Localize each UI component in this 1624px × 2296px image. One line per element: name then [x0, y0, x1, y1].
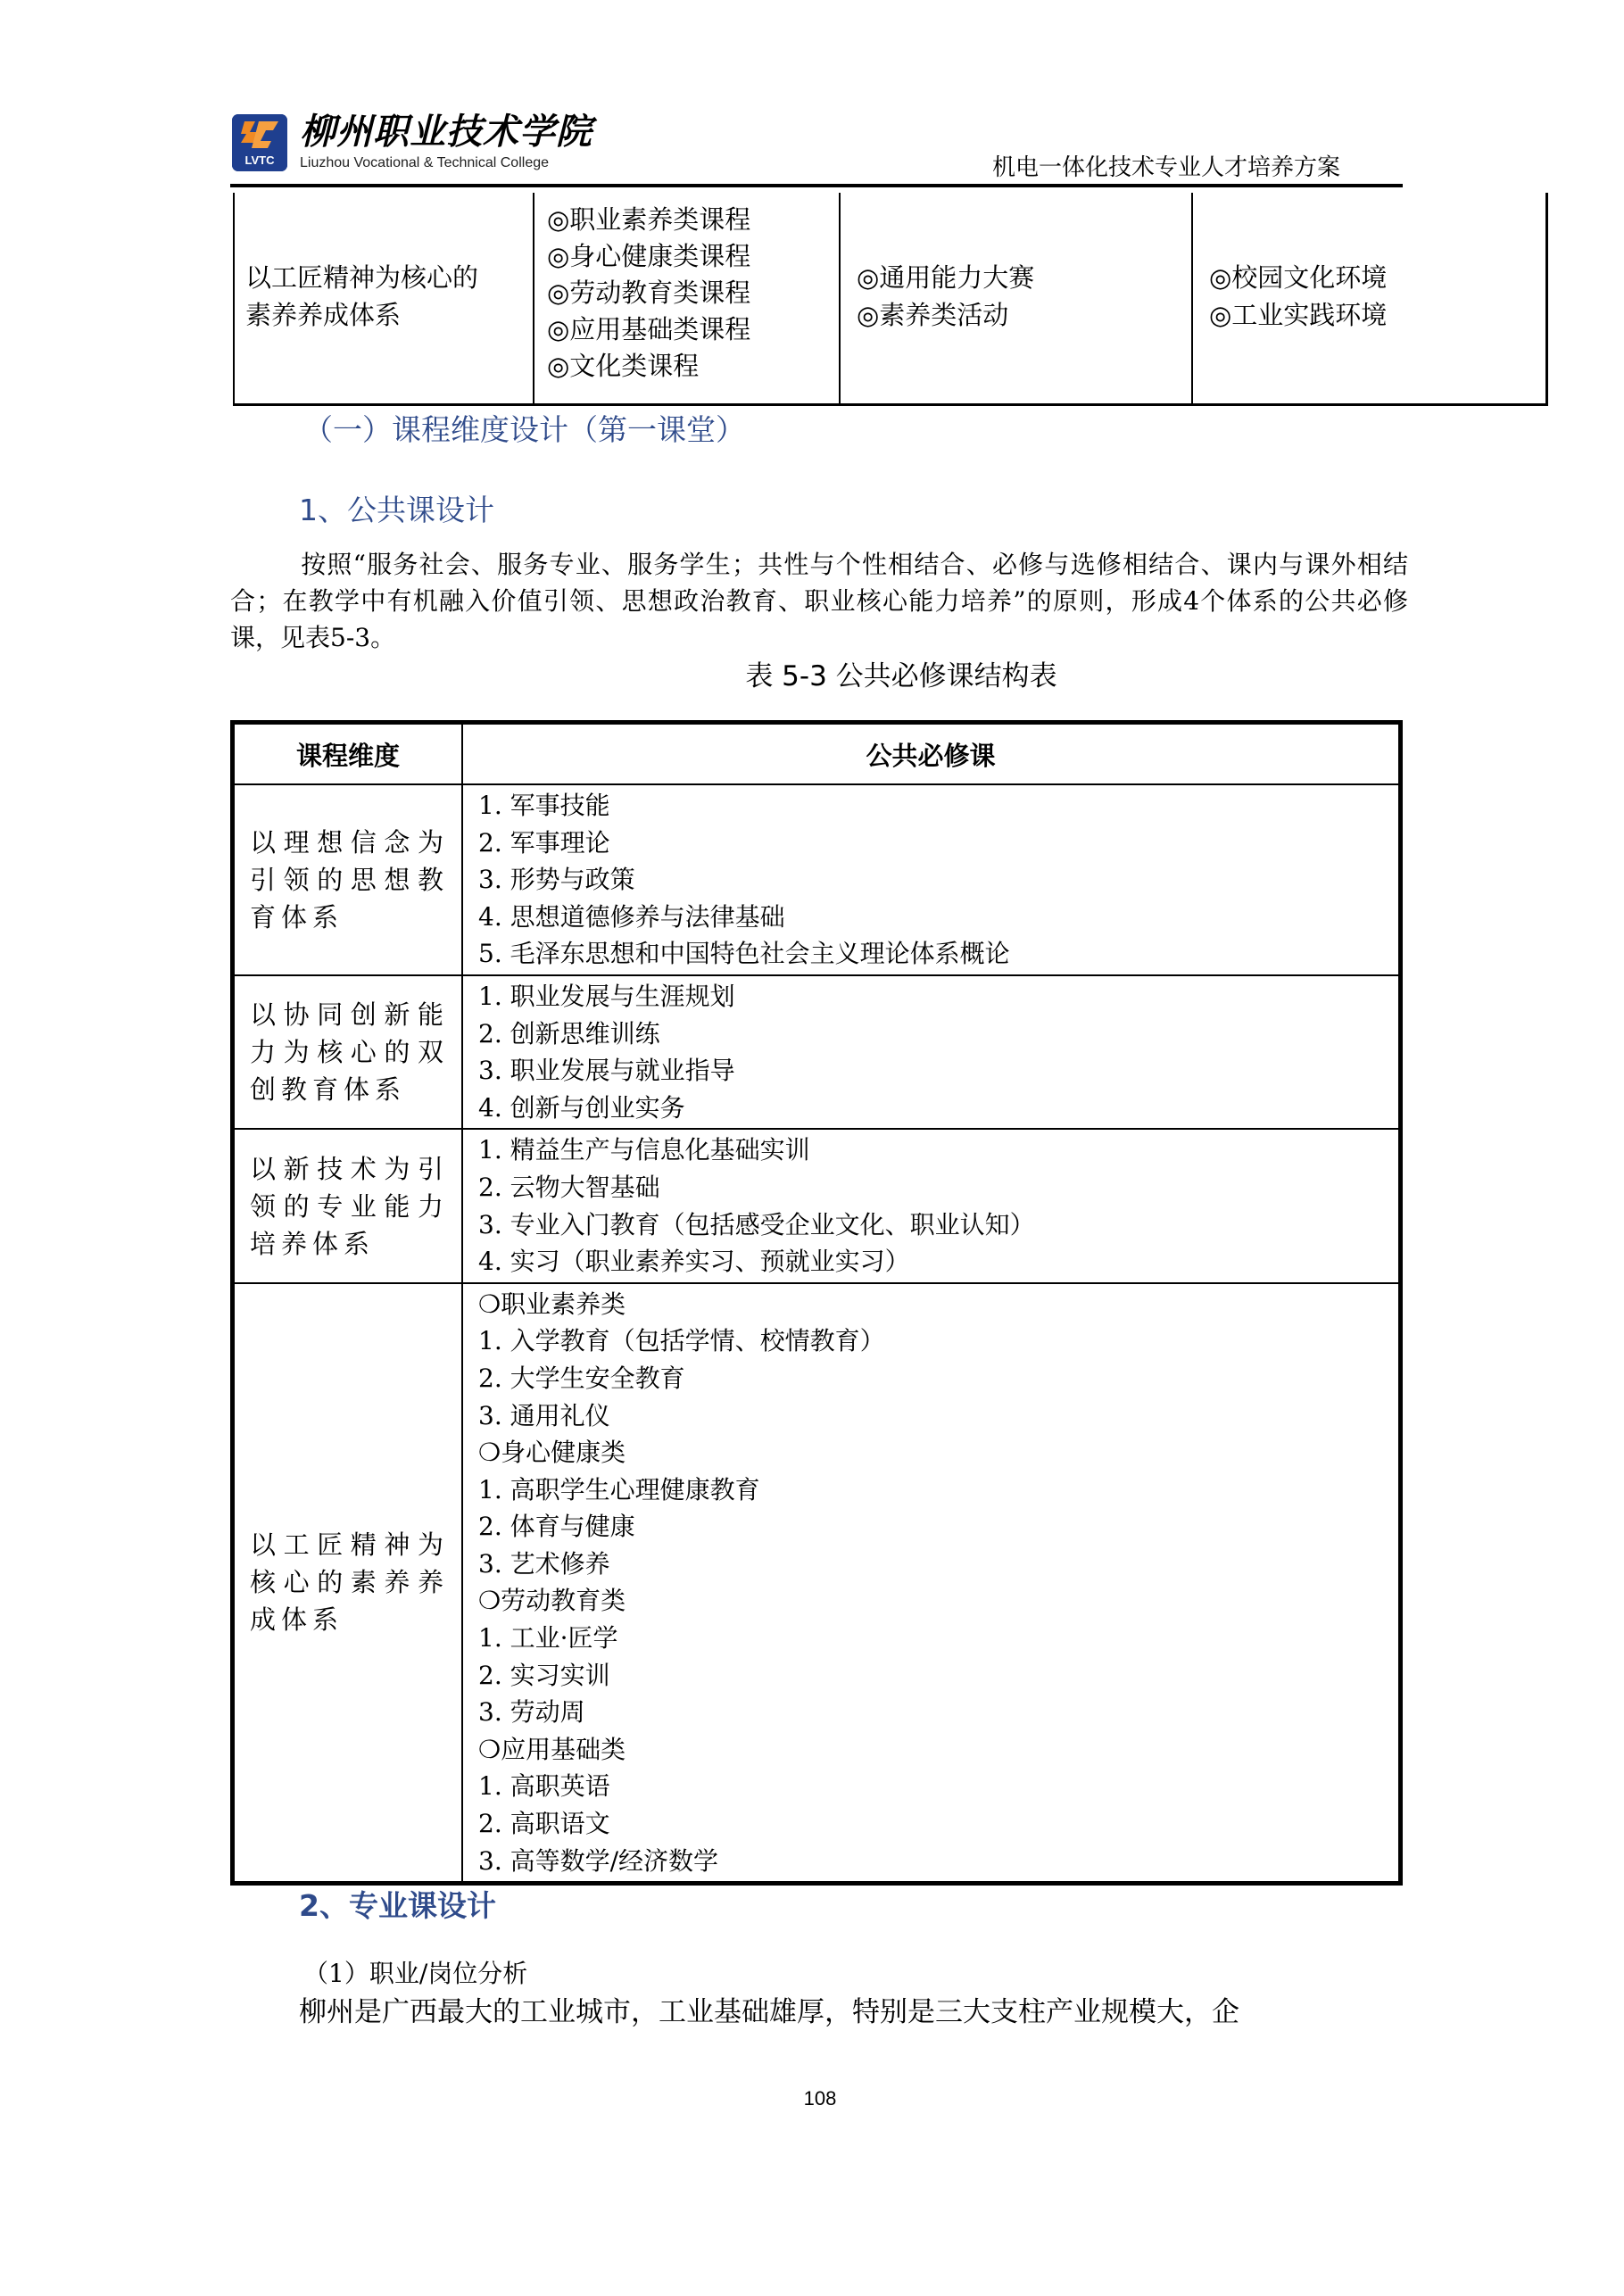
- course-item: 3. 高等数学/经济数学: [478, 1843, 1386, 1880]
- cell-line: ◎文化类课程: [547, 348, 750, 385]
- cell-line: 素养养成体系: [245, 296, 478, 334]
- header-rule: [230, 184, 1403, 187]
- page-number-text: 108: [804, 2085, 837, 2112]
- dimension-cell: 以理想信念为引领的思想教育体系: [234, 784, 462, 975]
- cell-line: ◎校园文化环境: [1209, 259, 1387, 296]
- required-courses-table: 课程维度 公共必修课 以理想信念为引领的思想教育体系 1. 军事技能 2. 军事…: [230, 720, 1403, 1886]
- course-item: 2. 大学生安全教育: [478, 1360, 1386, 1397]
- column-header: 课程维度: [234, 724, 462, 784]
- course-item: 4. 实习（职业素养实习、预就业实习）: [478, 1243, 1386, 1281]
- cell-line: ◎职业素养类课程: [547, 202, 750, 238]
- cell-line: ◎应用基础类课程: [547, 311, 750, 348]
- course-item: 1. 精益生产与信息化基础实训: [478, 1131, 1386, 1169]
- course-item: 2. 创新思维训练: [478, 1015, 1386, 1053]
- intro-paragraph: 按照“服务社会、服务专业、服务学生；共性与个性相结合、必修与选修相结合、课内与课…: [230, 546, 1408, 656]
- lvtc-logo-icon: LVTC: [232, 114, 287, 171]
- course-category: ❍劳动教育类: [478, 1582, 1386, 1620]
- course-item: 5. 毛泽东思想和中国特色社会主义理论体系概论: [478, 935, 1386, 973]
- course-item: 2. 云物大智基础: [478, 1169, 1386, 1206]
- cell-line: ◎劳动教育类课程: [547, 275, 750, 311]
- dimension-cell: 以协同创新能力为核心的双创教育体系: [234, 975, 462, 1129]
- courses-cell: 1. 职业发展与生涯规划 2. 创新思维训练 3. 职业发展与就业指导 4. 创…: [462, 975, 1399, 1129]
- page-number: 108: [0, 2085, 1624, 2112]
- courses-cell: 1. 精益生产与信息化基础实训 2. 云物大智基础 3. 专业入门教育（包括感受…: [462, 1129, 1399, 1282]
- table-row: 以新技术为引领的专业能力培养体系 1. 精益生产与信息化基础实训 2. 云物大智…: [234, 1129, 1399, 1282]
- section-heading: （一）课程维度设计（第一课堂）: [303, 409, 745, 452]
- college-logo: LVTC: [232, 114, 287, 171]
- course-item: 3. 艺术修养: [478, 1546, 1386, 1583]
- course-item: 4. 思想道德修养与法律基础: [478, 899, 1386, 936]
- svg-text:LVTC: LVTC: [245, 153, 276, 167]
- course-item: 2. 高职语文: [478, 1805, 1386, 1843]
- dimension-cell: 以工匠精神为核心的素养养成体系: [234, 1283, 462, 1883]
- column-divider: [839, 193, 841, 403]
- course-category: ❍职业素养类: [478, 1286, 1386, 1323]
- cell-line: ◎身心健康类课程: [547, 238, 750, 275]
- table-row: 以协同创新能力为核心的双创教育体系 1. 职业发展与生涯规划 2. 创新思维训练…: [234, 975, 1399, 1129]
- course-item: 3. 形势与政策: [478, 861, 1386, 899]
- course-item: 1. 职业发展与生涯规划: [478, 978, 1386, 1015]
- column-divider: [1191, 193, 1193, 403]
- environment-cell: ◎校园文化环境 ◎工业实践环境: [1209, 259, 1387, 334]
- course-item: 1. 入学教育（包括学情、校情教育）: [478, 1322, 1386, 1360]
- course-item: 2. 军事理论: [478, 825, 1386, 862]
- dimension-cell: 以新技术为引领的专业能力培养体系: [234, 1129, 462, 1282]
- table-row: 以工匠精神为核心的素养养成体系 ❍职业素养类 1. 入学教育（包括学情、校情教育…: [234, 1283, 1399, 1883]
- section2-paragraph: 柳州是广西最大的工业城市，工业基础雄厚，特别是三大支柱产业规模大，企: [299, 1993, 1239, 2032]
- course-item: 1. 高职英语: [478, 1768, 1386, 1805]
- college-name-cn: 柳州职业技术学院: [300, 112, 592, 152]
- course-item: 2. 体育与健康: [478, 1508, 1386, 1546]
- course-item: 4. 创新与创业实务: [478, 1090, 1386, 1127]
- paragraph-text: 按照“服务社会、服务专业、服务学生；共性与个性相结合、必修与选修相结合、课内与课…: [230, 550, 1408, 652]
- section2-subheading: （1）职业/岗位分析: [303, 1956, 527, 1992]
- course-item: 3. 通用礼仪: [478, 1397, 1386, 1435]
- column-header: 公共必修课: [462, 724, 1399, 784]
- table-header-row: 课程维度 公共必修课: [234, 724, 1399, 784]
- course-category: ❍应用基础类: [478, 1731, 1386, 1769]
- cell-line: ◎工业实践环境: [1209, 296, 1387, 334]
- course-item: 3. 职业发展与就业指导: [478, 1052, 1386, 1090]
- dimension-cell: 以工匠精神为核心的 素养养成体系: [245, 259, 478, 334]
- table-caption: 表 5-3 公共必修课结构表: [0, 657, 1624, 696]
- course-item: 3. 劳动周: [478, 1694, 1386, 1731]
- college-name-en: Liuzhou Vocational & Technical College: [300, 155, 549, 171]
- course-item: 2. 实习实训: [478, 1657, 1386, 1695]
- document-title: 机电一体化技术专业人才培养方案: [992, 153, 1340, 182]
- course-item: 3. 专业入门教育（包括感受企业文化、职业认知）: [478, 1206, 1386, 1244]
- section2-heading: 2、专业课设计: [299, 1885, 496, 1927]
- cell-line: ◎通用能力大赛: [857, 259, 1034, 296]
- course-item: 1. 工业·匠学: [478, 1620, 1386, 1657]
- cell-line: 以工匠精神为核心的: [245, 259, 478, 296]
- course-item: 1. 高职学生心理健康教育: [478, 1471, 1386, 1509]
- course-item: 1. 军事技能: [478, 787, 1386, 825]
- continued-table: 以工匠精神为核心的 素养养成体系 ◎职业素养类课程 ◎身心健康类课程 ◎劳动教育…: [233, 193, 1548, 406]
- caption-text: 表 5-3 公共必修课结构表: [745, 657, 1056, 696]
- courses-cell: ◎职业素养类课程 ◎身心健康类课程 ◎劳动教育类课程 ◎应用基础类课程 ◎文化类…: [547, 202, 750, 385]
- courses-cell: 1. 军事技能 2. 军事理论 3. 形势与政策 4. 思想道德修养与法律基础 …: [462, 784, 1399, 975]
- column-divider: [533, 193, 534, 403]
- table-row: 以理想信念为引领的思想教育体系 1. 军事技能 2. 军事理论 3. 形势与政策…: [234, 784, 1399, 975]
- courses-cell: ❍职业素养类 1. 入学教育（包括学情、校情教育） 2. 大学生安全教育 3. …: [462, 1283, 1399, 1883]
- course-category: ❍身心健康类: [478, 1434, 1386, 1471]
- subsection-heading: 1、公共课设计: [299, 489, 494, 532]
- cell-line: ◎素养类活动: [857, 296, 1034, 334]
- activities-cell: ◎通用能力大赛 ◎素养类活动: [857, 259, 1034, 334]
